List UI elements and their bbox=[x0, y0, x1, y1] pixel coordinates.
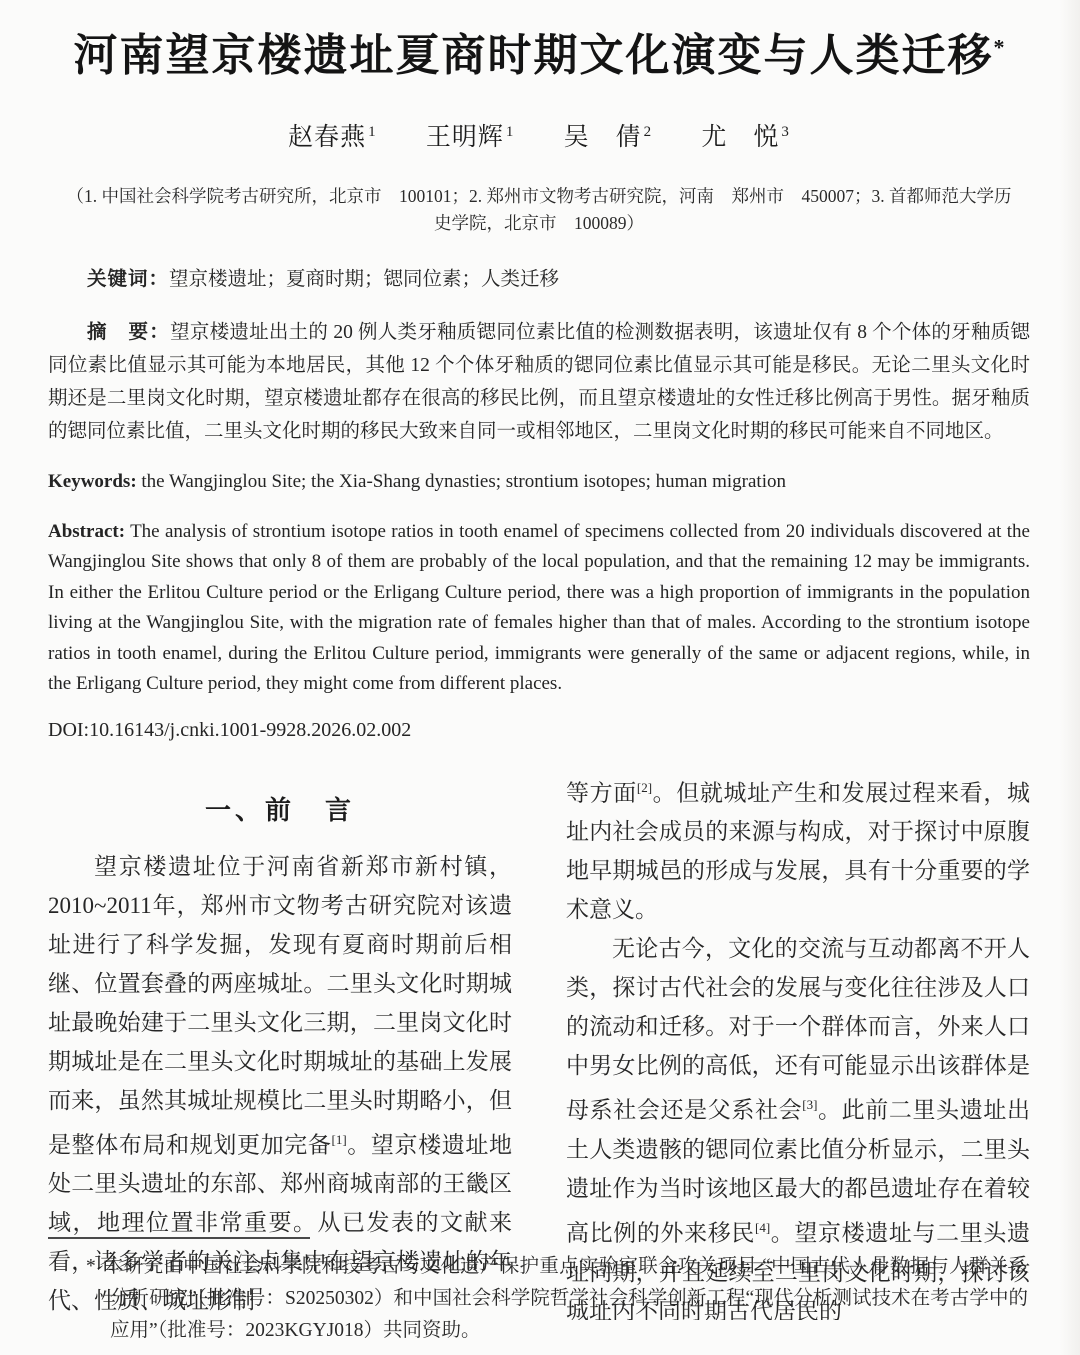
abstract-en-text: The analysis of strontium isotope ratios… bbox=[48, 521, 1030, 695]
doi-line: DOI:10.16143/j.cnki.1001-9928.2026.02.00… bbox=[48, 719, 1030, 742]
author-2-name: 王明辉 bbox=[426, 124, 504, 151]
authors-line: 赵春燕1 王明辉1 吴 倩2 尤 悦3 bbox=[48, 117, 1030, 153]
author-2-affiliation-sup: 1 bbox=[506, 124, 515, 140]
funding-footnote: *本研究由中国社会科学院科技考古与文化遗产保护重点实验室联合攻关项目 “中国古代… bbox=[48, 1251, 1028, 1347]
intro-paragraph-1-continued: 等方面[2]。但就城址产生和发展过程来看，城址内社会成员的来源与构成，对于探讨中… bbox=[566, 768, 1030, 930]
keywords-zh: 关键词：望京楼遗址；夏商时期；锶同位素；人类迁移 bbox=[48, 263, 1030, 296]
author-2: 王明辉1 bbox=[426, 124, 515, 151]
reference-citation: [2] bbox=[637, 780, 652, 795]
author-3-name: 吴 倩 bbox=[564, 124, 642, 151]
abstract-en-label: Abstract: bbox=[48, 521, 125, 542]
reference-citation: [3] bbox=[802, 1097, 817, 1112]
footnote-area: *本研究由中国社会科学院科技考古与文化遗产保护重点实验室联合攻关项目 “中国古代… bbox=[48, 1237, 1028, 1347]
funding-footnote-text: 本研究由中国社会科学院科技考古与文化遗产保护重点实验室联合攻关项目 “中国古代人… bbox=[104, 1256, 1028, 1341]
author-4-affiliation-sup: 3 bbox=[781, 124, 790, 140]
keywords-en: Keywords: the Wangjinglou Site; the Xia-… bbox=[48, 467, 1030, 498]
reference-citation: [4] bbox=[755, 1220, 770, 1235]
abstract-zh-label: 摘 要： bbox=[87, 321, 170, 343]
keywords-zh-text: 望京楼遗址；夏商时期；锶同位素；人类迁移 bbox=[169, 269, 559, 290]
keywords-en-label: Keywords: bbox=[48, 471, 137, 492]
author-1-affiliation-sup: 1 bbox=[368, 124, 377, 140]
reference-citation: [1] bbox=[331, 1132, 346, 1147]
author-3: 吴 倩2 bbox=[564, 124, 653, 151]
paper-title: 河南望京楼遗址夏商时期文化演变与人类迁移* bbox=[48, 28, 1030, 83]
author-3-affiliation-sup: 2 bbox=[644, 124, 653, 140]
author-1-name: 赵春燕 bbox=[288, 124, 366, 151]
author-4-name: 尤 悦 bbox=[701, 124, 779, 151]
section-1-heading: 一、前 言 bbox=[48, 790, 512, 827]
title-footnote-asterisk: * bbox=[994, 34, 1005, 59]
keywords-en-text: the Wangjinglou Site; the Xia-Shang dyna… bbox=[137, 471, 786, 492]
affiliation-line: （1. 中国社会科学院考古研究所，北京市 100101；2. 郑州市文物考古研究… bbox=[64, 183, 1014, 237]
footnote-asterisk: * bbox=[86, 1256, 96, 1277]
author-1: 赵春燕1 bbox=[288, 124, 377, 151]
paper-page: 河南望京楼遗址夏商时期文化演变与人类迁移* 赵春燕1 王明辉1 吴 倩2 尤 悦… bbox=[0, 0, 1080, 1355]
abstract-zh: 摘 要：望京楼遗址出土的 20 例人类牙釉质锶同位素比值的检测数据表明，该遗址仅… bbox=[48, 316, 1030, 448]
abstract-en: Abstract: The analysis of strontium isot… bbox=[48, 517, 1030, 700]
abstract-zh-text: 望京楼遗址出土的 20 例人类牙釉质锶同位素比值的检测数据表明，该遗址仅有 8 … bbox=[48, 322, 1030, 442]
footnote-divider bbox=[48, 1237, 310, 1239]
author-4: 尤 悦3 bbox=[701, 124, 790, 151]
paper-title-text: 河南望京楼遗址夏商时期文化演变与人类迁移 bbox=[74, 31, 994, 80]
keywords-zh-label: 关键词： bbox=[87, 268, 169, 290]
